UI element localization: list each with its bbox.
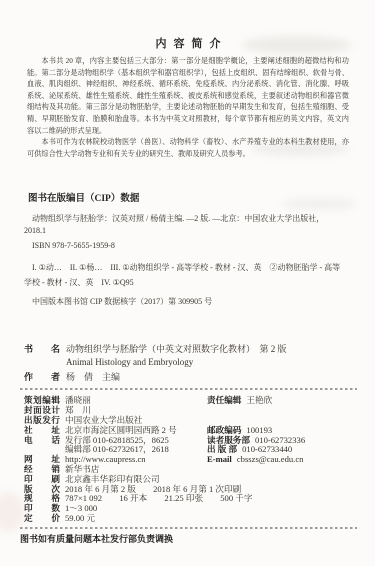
book-title-label: 书名 — [24, 343, 60, 356]
cip-section: 图书在版编目（CIP）数据 动物组织学与胚胎学：汉英对照 / 杨倩主编. —2 … — [0, 194, 375, 307]
row-value: 1～3 000 — [65, 503, 97, 513]
colophon-section: 策划编辑潘晓丽 责任编辑王艳欣 封面设计郑 川 出版发行中国农业大学出版社 社址… — [0, 396, 375, 523]
row-value: 郑 川 — [65, 405, 91, 415]
cip-record-number: 中国版本图书馆 CIP 数据核字（2017）第 309905 号 — [24, 296, 353, 307]
book-author-label: 作者 — [24, 371, 60, 384]
row-right-value: 100193 — [246, 425, 272, 435]
cip-isbn: ISBN 978-7-5655-1959-8 — [24, 240, 353, 251]
row-right-label: E-mail — [207, 454, 232, 464]
book-title-row: 书名 动物组织学与胚胎学（中英文对照数字化教材） 第 2 版 Animal Hi… — [24, 343, 355, 369]
book-title-cn: 动物组织学与胚胎学（中英文对照数字化教材） 第 2 版 — [66, 343, 355, 356]
book-title-en: Animal Histology and Embryology — [66, 356, 355, 369]
cip-heading: 图书在版编目（CIP）数据 — [28, 194, 353, 205]
price-value: 59.00 元 — [65, 513, 95, 523]
summary-title: 内容简介 — [27, 38, 349, 50]
dashed-divider-bottom — [20, 527, 357, 529]
website-url: http://www.caupress.cn — [65, 454, 146, 464]
cip-classification: I. ①动… II. ①杨… III. ①动物组织学 - 高等学校 - 教材 -… — [24, 260, 346, 290]
summary-section: 内容简介 本书共 20 章，内容主要包括三大部分：第一部分是细胞学概论，主要阐述… — [0, 0, 375, 160]
row-right-label: 邮政编码 — [207, 425, 241, 435]
row-right-label: 出 版 部 — [207, 444, 237, 454]
book-title-block: 书名 动物组织学与胚胎学（中英文对照数字化教材） 第 2 版 Animal Hi… — [0, 343, 375, 384]
cip-entry: 动物组织学与胚胎学：汉英对照 / 杨倩主编. —2 版. —北京：中国农业大学出… — [24, 213, 336, 237]
colophon-row-price: 定价59.00 元 — [24, 514, 357, 524]
book-copyright-page: 内容简介 本书共 20 章，内容主要包括三大部分：第一部分是细胞学概论，主要阐述… — [0, 0, 375, 566]
row-value: 中国农业大学出版社 — [65, 415, 142, 425]
row-value: 北京鑫丰华彩印有限公司 — [65, 474, 160, 484]
row-label: 电话 — [24, 436, 60, 446]
row-value: 编辑部 010-62732617，2618 — [65, 444, 169, 454]
email-address: cbsszs@cau.edu.cn — [237, 454, 304, 464]
dashed-divider-top — [20, 388, 357, 390]
book-author-row: 作者 杨 倩 主编 — [24, 371, 355, 384]
row-right-label: 责任编辑 — [207, 395, 241, 405]
book-author-value: 杨 倩 主编 — [66, 371, 355, 384]
row-value: 潘晓丽 — [65, 395, 91, 405]
summary-paragraph-1: 本书共 20 章，内容主要包括三大部分：第一部分是细胞学概论，主要阐述细胞的超微… — [27, 56, 349, 137]
quality-notice: 图书如有质量问题本社发行部负责调换 — [0, 534, 375, 545]
summary-paragraph-2: 本书可作为农林院校动物医学（兽医）、动物科学（畜牧）、水产养殖专业的本科生教材使… — [27, 137, 349, 160]
row-value: 北京市海淀区圆明园西路 2 号 — [65, 425, 177, 435]
row-value: 787×1 092 16 开本 21.25 印张 500 千字 — [65, 493, 252, 503]
row-value: 新华书店 — [65, 464, 99, 474]
row-right-value: 王艳欣 — [246, 395, 272, 405]
row-right-value: 010-62733440 — [242, 444, 292, 454]
row-label: 定价 — [24, 514, 60, 524]
